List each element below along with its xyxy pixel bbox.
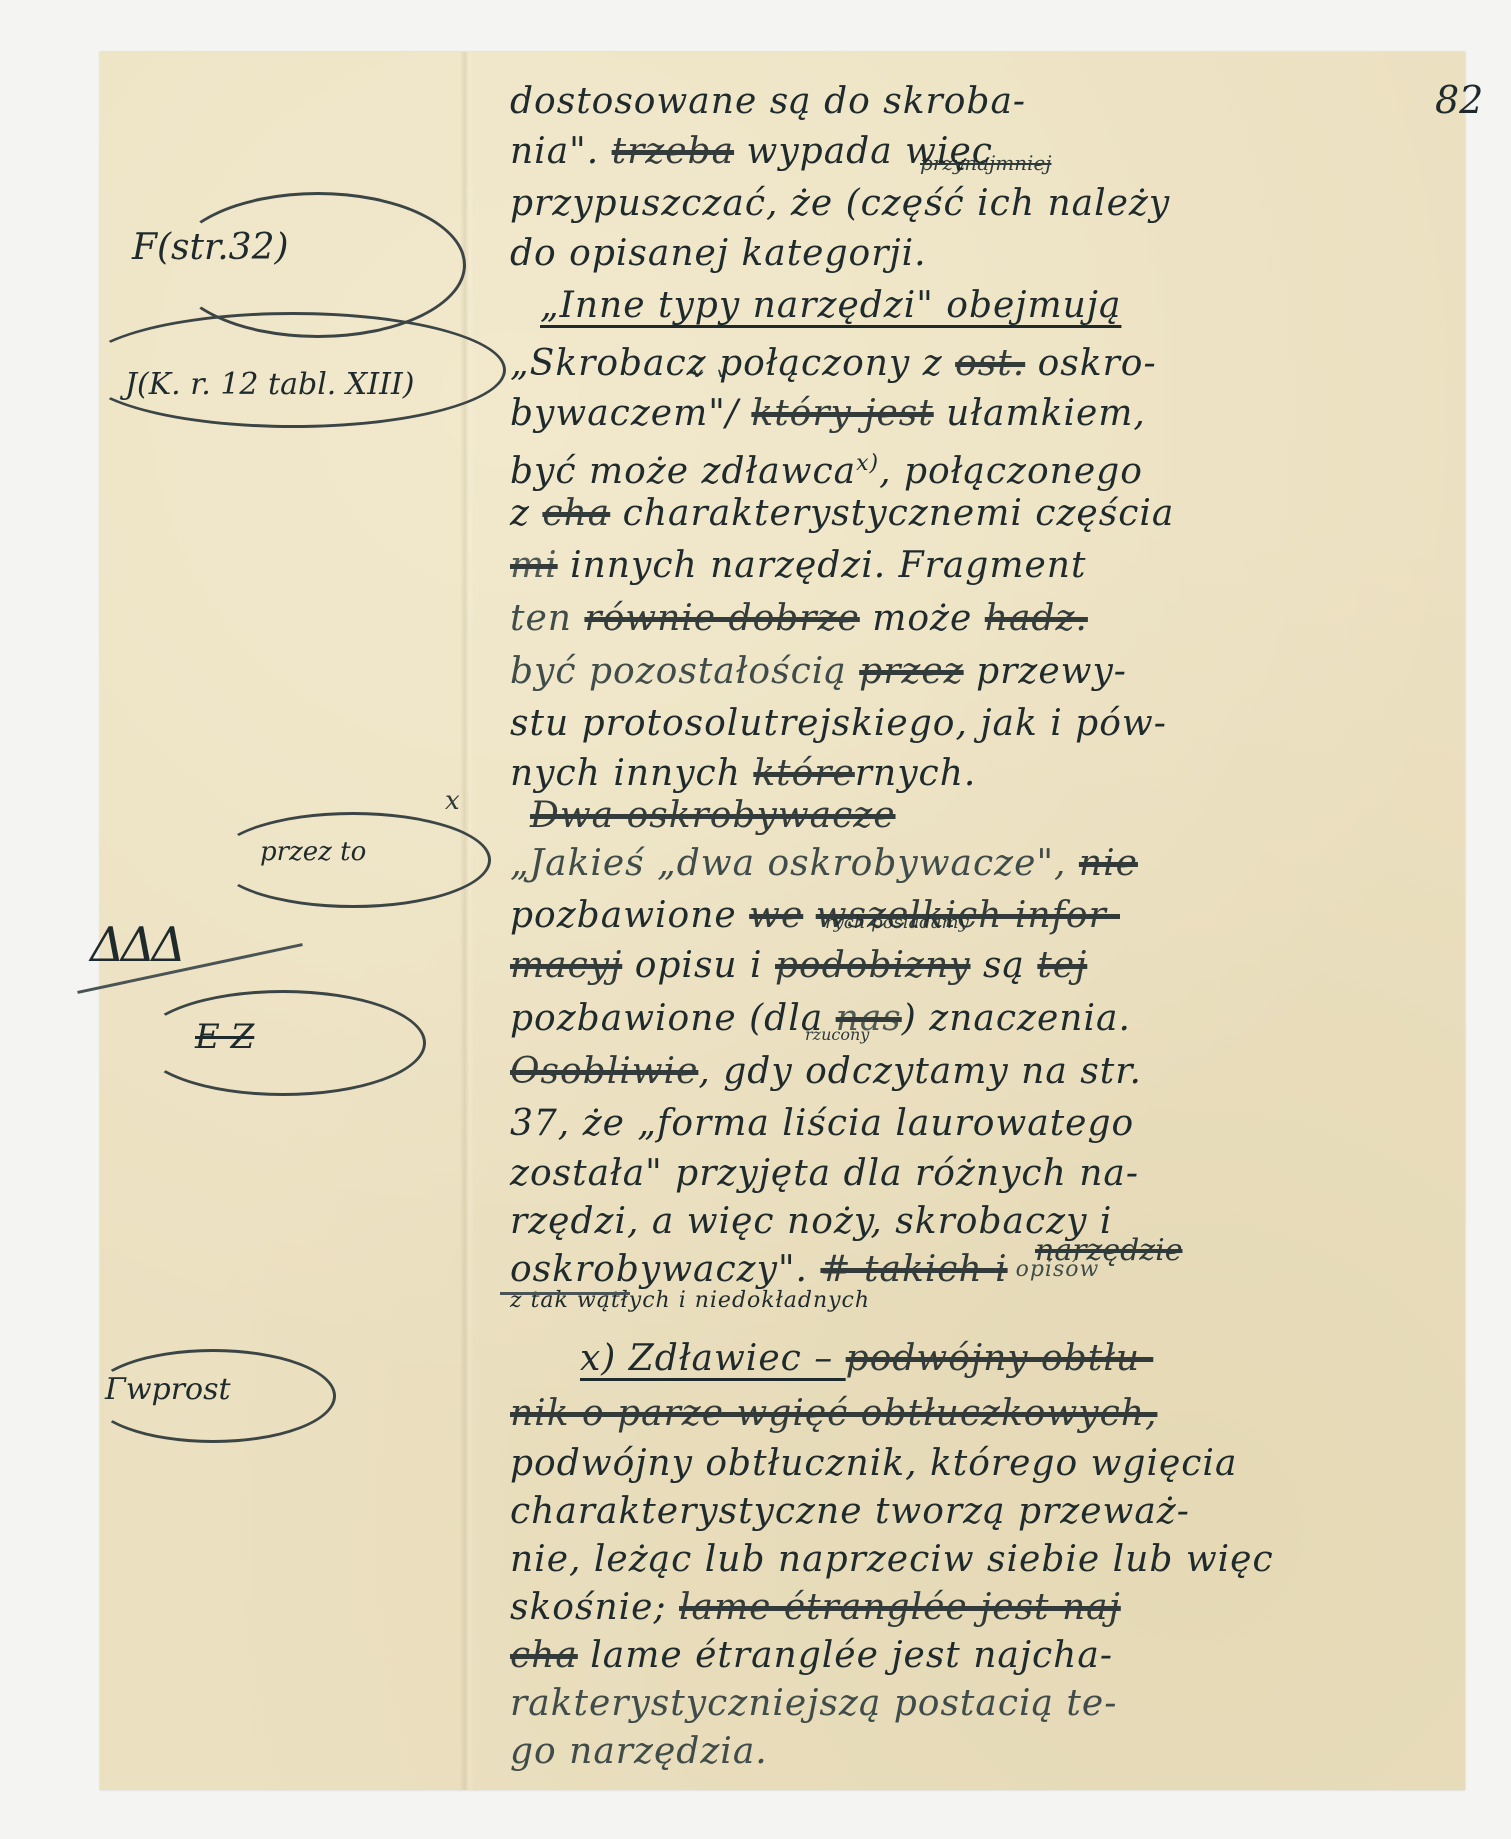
text-line: do opisanej kategorji. <box>510 232 927 276</box>
text-segment: została" przyjęta dla różnych na- <box>510 1153 1139 1194</box>
text-line: pozbawione we wszelkich infor- <box>510 894 1120 938</box>
text-segment: stu protosolutrejskiego, jak i pów- <box>510 703 1167 744</box>
text-segment: ) znaczenia. <box>902 998 1131 1039</box>
text-line: Dwa oskrobywacze <box>530 794 896 838</box>
struck-segment: hadz. <box>985 598 1088 639</box>
text-line: „Jakieś „dwa oskrobywacze", nie <box>510 842 1138 886</box>
struck-segment: cha <box>510 1635 578 1676</box>
text-segment: przewy- <box>964 651 1127 692</box>
struck-segment: równie dobrze <box>584 598 859 639</box>
text-line: Osobliwie, gdy odczytamy na str. <box>510 1050 1142 1094</box>
text-segment: do opisanej kategorji. <box>510 233 927 274</box>
text-segment: rzędzi, a więc noży, skrobaczy i <box>510 1201 1112 1242</box>
margin-note-przez-to: przez to <box>260 837 366 867</box>
text-segment: bywaczem"/ <box>510 393 751 434</box>
text-segment: „Inne typy narzędzi" obejmują <box>540 285 1121 326</box>
text-segment: ten <box>510 598 584 639</box>
text-line: „Skrobacz połączony z ost. oskro- <box>510 342 1157 386</box>
text-segment: są <box>971 945 1038 986</box>
struck-segment: tej <box>1037 945 1087 986</box>
text-segment: 37, że „forma liścia laurowatego <box>510 1103 1134 1144</box>
struck-segment: wszelkich infor- <box>816 895 1120 936</box>
footnote-marker: x) <box>856 451 879 476</box>
text-line-heading: „Inne typy narzędzi" obejmują <box>540 284 1121 328</box>
text-line: bywaczem"/ który jest ułamkiem, <box>510 392 1146 436</box>
text-segment: opisów <box>1008 1257 1100 1282</box>
margin-note-wprost: Γwprost <box>105 1372 231 1407</box>
footnote-divider <box>500 1292 630 1295</box>
footnote-line: nie, leżąc lub naprzeciw siebie lub więc <box>510 1538 1274 1582</box>
manuscript-sheet: 82 F(str.32) J(K. r. 12 tabl. XIII) prze… <box>100 52 1465 1790</box>
footnote-line: podwójny obtłucznik, którego wgięcia <box>510 1442 1237 1486</box>
text-segment: nie, leżąc lub naprzeciw siebie lub więc <box>510 1539 1274 1580</box>
struck-segment: podobizny <box>775 945 971 986</box>
text-segment: go narzędzia. <box>510 1731 768 1772</box>
text-segment: , gdy odczytamy na str. <box>698 1051 1142 1092</box>
struck-segment: nas <box>836 998 902 1039</box>
struck-segment: lame étranglée jest naj <box>679 1587 1121 1628</box>
text-line: stu protosolutrejskiego, jak i pów- <box>510 702 1167 746</box>
text-line: dostosowane są do skroba- <box>510 80 1026 124</box>
text-segment: innych narzędzi. Fragment <box>558 545 1087 586</box>
text-segment: podwójny obtłucznik, którego wgięcia <box>510 1443 1237 1484</box>
footnote-term: x) Zdławiec – <box>580 1338 846 1379</box>
struck-segment: i <box>995 1249 1008 1290</box>
text-segment: lame étranglée jest najcha- <box>578 1635 1113 1676</box>
text-line: nych innych którernych. <box>510 752 976 796</box>
text-line: 37, że „forma liścia laurowatego <box>510 1102 1134 1146</box>
text-line: być pozostałością przez przewy- <box>510 650 1127 694</box>
text-line: macyj opisu i podobizny są tej <box>510 944 1087 988</box>
text-line: mi innych narzędzi. Fragment <box>510 544 1086 588</box>
text-segment: pozbawione <box>510 895 749 936</box>
struck-segment: podwójny obtłu- <box>846 1338 1154 1379</box>
footnote-line: go narzędzia. <box>510 1730 768 1774</box>
footnote-line: x) Zdławiec – podwójny obtłu- <box>580 1337 1153 1381</box>
text-line: została" przyjęta dla różnych na- <box>510 1152 1139 1196</box>
struck-segment: przez <box>859 651 964 692</box>
margin-note-f: F(str.32) <box>132 227 289 268</box>
text-segment: nych innych <box>510 753 753 794</box>
text-line: pozbawione (dla nas) znaczenia. <box>510 997 1131 1041</box>
text-line: ten równie dobrze może hadz. <box>510 597 1088 641</box>
footnote-line: cha lame étranglée jest najcha- <box>510 1634 1113 1678</box>
struck-segment: # takich <box>820 1249 995 1290</box>
text-segment: oskro- <box>1025 343 1156 384</box>
margin-note-scribble: ΔΔΔ <box>90 917 182 973</box>
footnote-line: rakterystyczniejszą postacią te- <box>510 1682 1117 1726</box>
insertion-x: x <box>445 790 460 812</box>
text-segment: „Skrobacz połączony z <box>510 343 955 384</box>
text-segment: wypada więc <box>734 131 993 172</box>
struck-segment: który jest <box>751 393 933 434</box>
text-segment <box>803 895 815 936</box>
note-ez-oval <box>140 990 426 1096</box>
text-line: nia". trzeba wypada więc <box>510 130 993 174</box>
text-line: oskrobywaczy". # takich i opisów <box>510 1248 1099 1292</box>
text-segment: rakterystyczniejszą postacią te- <box>510 1683 1117 1724</box>
text-segment: pozbawione (dla <box>510 998 836 1039</box>
text-segment: nia". <box>510 131 612 172</box>
struck-segment: nie <box>1079 843 1138 884</box>
struck-segment: mi <box>510 545 558 586</box>
text-segment: , połączonego <box>879 451 1143 492</box>
text-segment: być może zdławca <box>510 451 856 492</box>
struck-segment: ost. <box>955 343 1025 384</box>
text-segment: dostosowane są do skroba- <box>510 81 1026 122</box>
text-segment: charakterystyczne tworzą przeważ- <box>510 1491 1190 1532</box>
text-line: z cha charakterystycznemi częścia <box>510 492 1174 536</box>
page-number: 82 <box>1435 78 1483 122</box>
text-segment: być pozostałością <box>510 651 859 692</box>
footnote-line: nik o parze wgięć obtłuczkowych, <box>510 1392 1157 1436</box>
struck-segment: które <box>753 753 854 794</box>
footnote-line: charakterystyczne tworzą przeważ- <box>510 1490 1190 1534</box>
struck-segment: trzeba <box>612 131 734 172</box>
text-segment: opisu i <box>622 945 775 986</box>
text-segment: oskrobywaczy". <box>510 1249 820 1290</box>
text-segment: „Jakieś „dwa oskrobywacze", <box>510 843 1079 884</box>
text-segment: może <box>860 598 985 639</box>
paper-fold <box>460 52 474 1790</box>
struck-segment: nik o parze wgięć obtłuczkowych, <box>510 1393 1157 1434</box>
struck-segment: macyj <box>510 945 622 986</box>
margin-note-ez: E Z <box>195 1017 254 1057</box>
text-line: rzędzi, a więc noży, skrobaczy i <box>510 1200 1112 1244</box>
struck-segment: Osobliwie <box>510 1051 698 1092</box>
text-line: przypuszczać, że (część ich należy <box>510 182 1170 226</box>
struck-segment: we <box>749 895 803 936</box>
text-segment: ułamkiem, <box>934 393 1146 434</box>
text-segment: przypuszczać, że (część ich należy <box>510 183 1170 224</box>
text-segment: rnych. <box>855 753 977 794</box>
text-line: być może zdławcax), połączonego <box>510 442 1143 494</box>
footnote-line: skośnie; lame étranglée jest naj <box>510 1586 1121 1630</box>
struck-segment: cha <box>542 493 610 534</box>
text-segment: z <box>510 493 542 534</box>
text-segment: charakterystycznemi częścia <box>610 493 1174 534</box>
struck-segment: Dwa oskrobywacze <box>530 795 896 836</box>
text-segment: skośnie; <box>510 1587 679 1628</box>
margin-note-j: J(K. r. 12 tabl. XIII) <box>125 367 414 402</box>
